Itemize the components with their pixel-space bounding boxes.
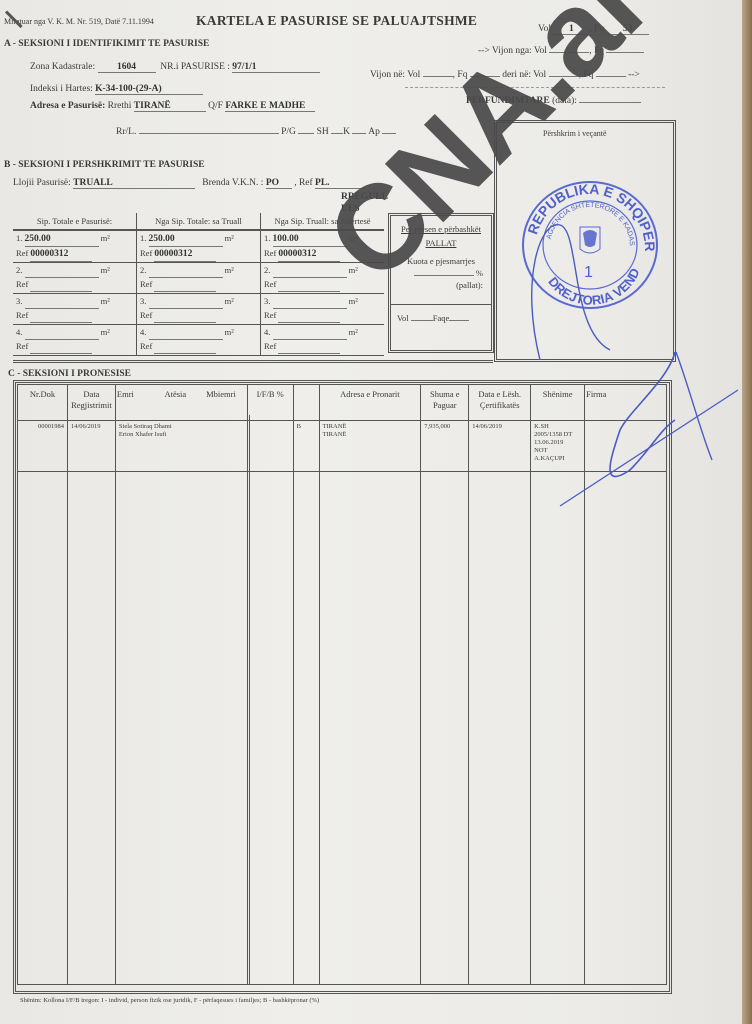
sh-label: SH: [317, 127, 329, 137]
lloji-value: TRUALL: [73, 178, 195, 189]
k-label: K: [343, 127, 350, 137]
cell-data-regj: 14/06/2019: [67, 421, 115, 472]
paper-edge: [742, 0, 752, 1024]
col-emri: Emri: [115, 385, 155, 421]
pg-label: P/G: [281, 127, 296, 137]
area-row: 4. m²Ref 4. m²Ref 4. m²Ref: [13, 325, 384, 356]
cell-emri: Stela Sotiraq Dhami Erion Xhafer Isufi: [115, 421, 247, 472]
col-ifb: I/F/B %: [247, 385, 293, 421]
zona-label: Zona Kadastrale:: [30, 62, 95, 72]
vijon-ne-label: Vijon në: Vol: [370, 70, 420, 80]
qf-value: FARKE E MADHE: [225, 101, 315, 112]
nr-label: NR.i PASURISE :: [160, 62, 230, 72]
nr-value: 97/1/1: [232, 62, 320, 73]
col-nr-dok: Nr.Dok: [18, 385, 68, 421]
cell-adresa: TIRANË TIRANË: [319, 421, 421, 472]
divider: [249, 415, 250, 985]
ownership-empty-row: [18, 472, 667, 985]
cell-ifb-pct: [247, 421, 293, 472]
adresa-field: Adresa e Pasurisë: Rrethi TIRANË Q/F FAR…: [30, 101, 315, 112]
qf-label: Q/F: [208, 101, 223, 111]
area-row: 2. m²Ref 2. m²Ref 2. m²Ref: [13, 263, 384, 294]
area-value: 250.00: [25, 233, 99, 247]
area-col-header: Sip. Totale e Pasurisë:: [13, 213, 137, 230]
rrethi-label: Rrethi: [108, 101, 132, 111]
col-blank: [293, 385, 319, 421]
signature-icon: [500, 130, 740, 510]
footnote: Shënim: Kollona I/F/B tregon: I - indivi…: [20, 997, 319, 1004]
rrl-field: Rr/L. P/G SH K Ap: [116, 127, 396, 137]
zona-field: Zona Kadastrale: 1604 NR.i PASURISE : 97…: [30, 62, 320, 73]
brenda-label: Brenda V.K.N. :: [202, 178, 263, 188]
indeksi-field: Indeksi i Hartes: K-34-100-(29-A): [30, 84, 203, 95]
section-b-heading: B - SEKSIONI I PERSHKRIMIT TE PASURISE: [4, 160, 205, 170]
approval-note: Miratuar nga V. K. M. Nr. 519, Datë 7.11…: [4, 17, 154, 26]
rrl-label: Rr/L.: [116, 127, 136, 137]
document-page: Miratuar nga V. K. M. Nr. 519, Datë 7.11…: [0, 0, 742, 1024]
common-faqe-label: Faqe: [433, 313, 450, 323]
col-adresa: Adresa e Pronarit: [319, 385, 421, 421]
document-title: KARTELA E PASURISE SE PALUAJTSHME: [196, 13, 477, 29]
col-shuma: Shuma e Paguar: [421, 385, 469, 421]
section-a-heading: A - SEKSIONI I IDENTIFIKIMIT TE PASURISE: [4, 39, 209, 49]
section-c-heading: C - SEKSIONI I PRONESISE: [8, 369, 131, 379]
area-row: 3. m²Ref 3. m²Ref 3. m²Ref: [13, 294, 384, 325]
col-mbiemri: Mbiemri: [195, 385, 247, 421]
indeksi-label: Indeksi i Hartes:: [30, 84, 93, 94]
zona-value: 1604: [98, 62, 156, 73]
cell-shuma: 7,935,000: [421, 421, 469, 472]
cell-nr-dok: 00001984: [18, 421, 68, 472]
percent-label: %: [476, 268, 483, 278]
col-atesia: Atësia: [155, 385, 195, 421]
lloji-label: Llojii Pasurisë:: [13, 178, 71, 188]
common-vol-label: Vol: [397, 313, 409, 323]
indeksi-value: K-34-100-(29-A): [95, 84, 203, 95]
divider: [13, 360, 493, 363]
area-value: 250.00: [149, 233, 223, 247]
adresa-label: Adresa e Pasurisë:: [30, 101, 105, 111]
area-ref: 00000312: [30, 248, 92, 262]
brenda-value: PO: [266, 178, 292, 189]
cell-ifb: B: [293, 421, 319, 472]
lloji-field: Llojii Pasurisë: TRUALL Brenda V.K.N. : …: [13, 178, 363, 189]
col-data-regjistrimit: Data Regjistrimit: [67, 385, 115, 421]
ref-label: , Ref: [294, 178, 312, 188]
rrethi-value: TIRANË: [134, 101, 206, 112]
area-col-header: Nga Sip. Totale: sa Truall: [137, 213, 261, 230]
area-ref: 00000312: [154, 248, 216, 262]
area-ref: 00000312: [278, 248, 340, 262]
